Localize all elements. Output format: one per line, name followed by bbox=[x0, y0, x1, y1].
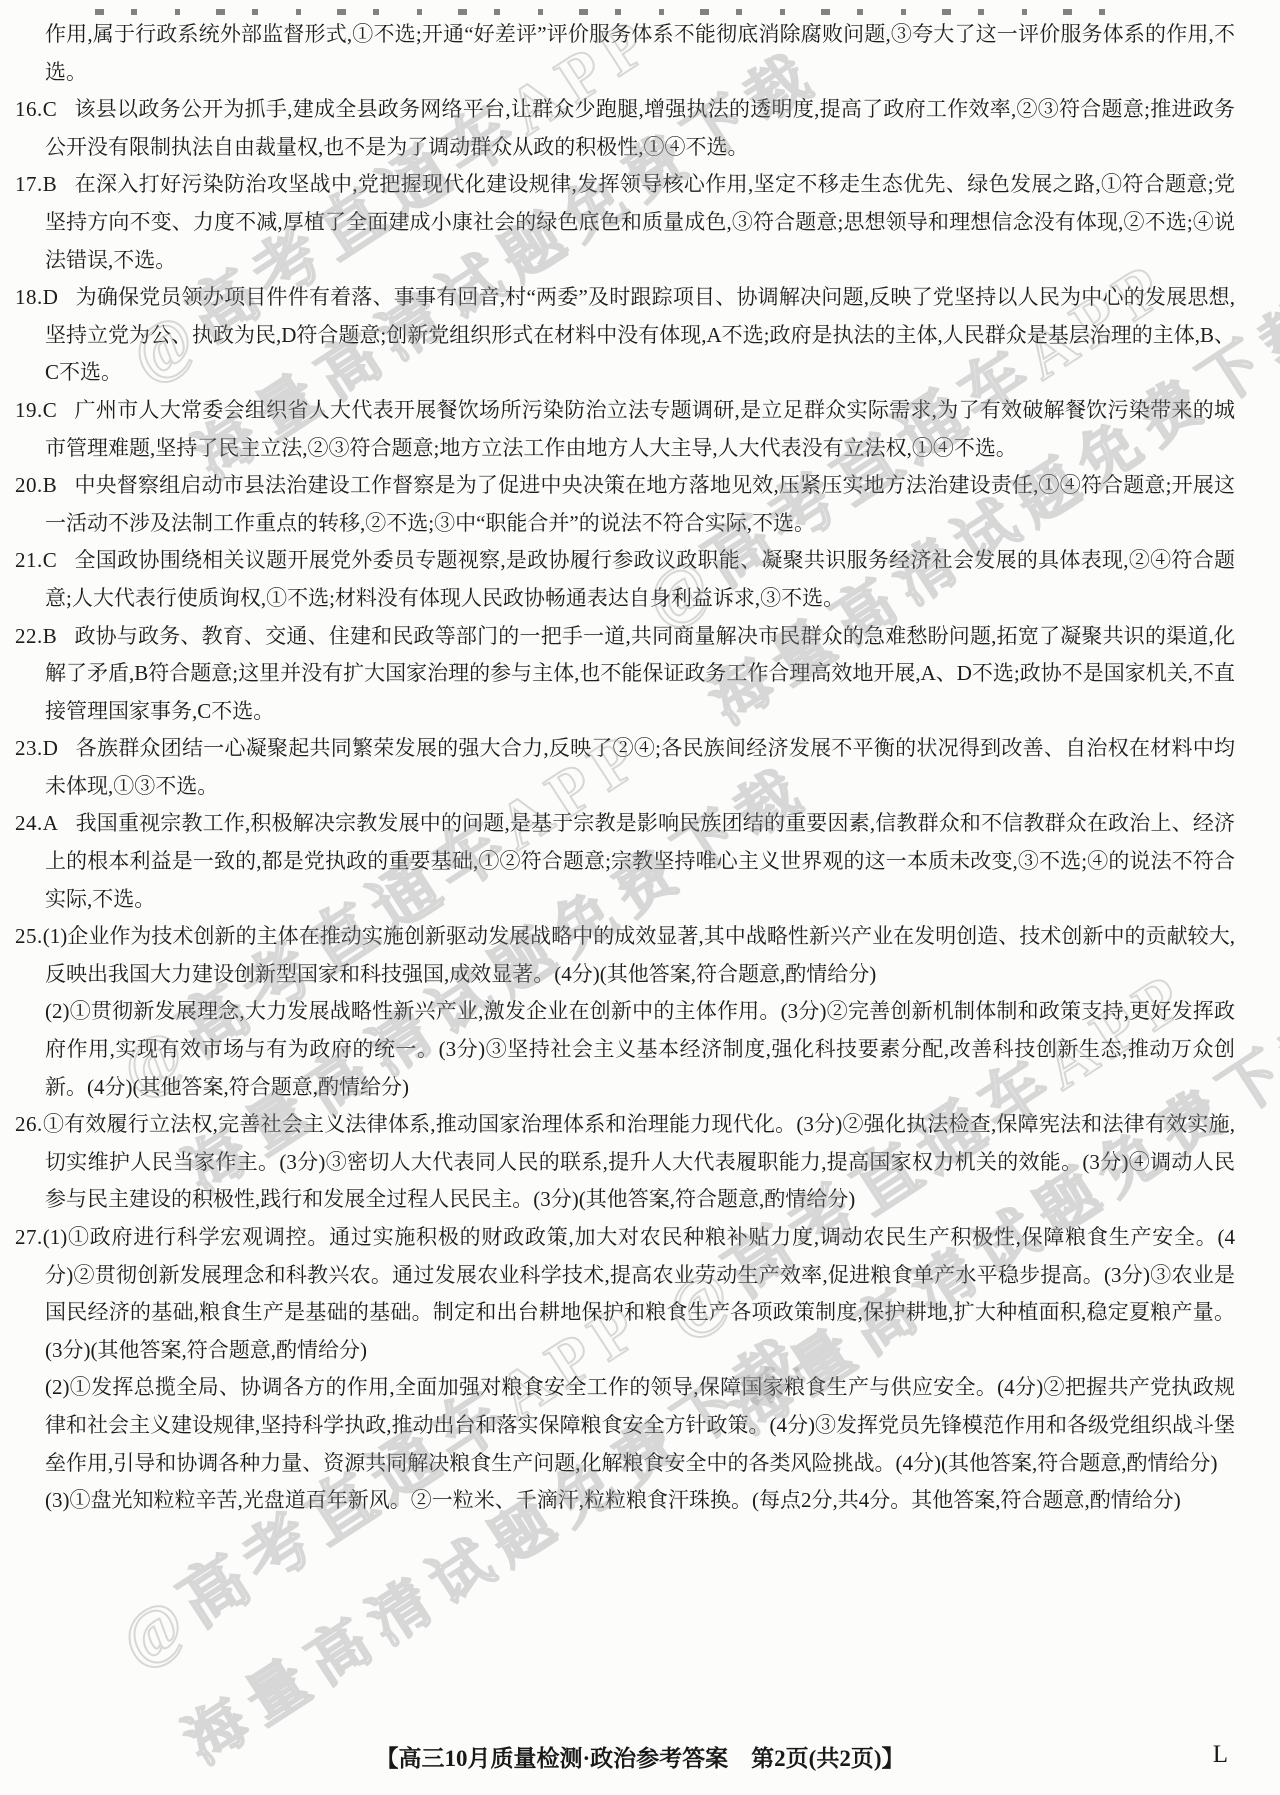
answer-paragraph: 25.(1)企业作为技术创新的主体在推动实施创新驱动发展战略中的成效显著,其中战… bbox=[45, 918, 1235, 993]
answer-number: 25. bbox=[15, 924, 43, 948]
answer-text: 作用,属于行政系统外部监督形式,①不选;开通“好差评”评价服务体系不能彻底消除腐… bbox=[45, 22, 1235, 84]
answer-paragraph: 27.(1)①政府进行科学宏观调控。通过实施积极的财政政策,加大对农民种粮补贴力… bbox=[45, 1219, 1235, 1369]
answer-number: 18.D bbox=[15, 285, 58, 309]
footer-title: 【高三10月质量检测·政治参考答案 第2页(共2页)】 bbox=[0, 1740, 1280, 1773]
answer-paragraph: 18.D为确保党员领办项目件件有着落、事事有回音,村“两委”及时跟踪项目、协调解… bbox=[45, 279, 1235, 392]
answer-text: 该县以政务公开为抓手,建成全县政务网络平台,让群众少跑腿,增强执法的透明度,提高… bbox=[45, 97, 1235, 159]
answer-text: 政协与政务、教育、交通、住建和民政等部门的一把手一道,共同商量解决市民群众的急难… bbox=[45, 624, 1235, 723]
answer-number: 17.B bbox=[15, 172, 57, 196]
answer-paragraph: 22.B政协与政务、教育、交通、住建和民政等部门的一把手一道,共同商量解决市民群… bbox=[45, 618, 1235, 731]
answer-text: (3)①盘光知粒粒辛苦,光盘道百年新风。②一粒米、千滴汗,粒粒粮食汗珠换。(每点… bbox=[45, 1488, 1181, 1512]
answer-text: 中央督察组启动市县法治建设工作督察是为了促进中央决策在地方落地见效,压紧压实地方… bbox=[45, 473, 1235, 535]
answer-paragraph: 24.A我国重视宗教工作,积极解决宗教发展中的问题,是基于宗教是影响民族团结的重… bbox=[45, 805, 1235, 918]
answer-number: 27. bbox=[15, 1225, 43, 1249]
answer-text: 广州市人大常委会组织省人大代表开展餐饮场所污染防治立法专题调研,是立足群众实际需… bbox=[45, 398, 1235, 460]
answer-paragraph: (2)①发挥总揽全局、协调各方的作用,全面加强对粮食安全工作的领导,保障国家粮食… bbox=[45, 1369, 1235, 1482]
answer-paragraph: 19.C广州市人大常委会组织省人大代表开展餐饮场所污染防治立法专题调研,是立足群… bbox=[45, 392, 1235, 467]
answer-number: 23.D bbox=[15, 736, 58, 760]
answer-paragraph: (2)①贯彻新发展理念,大力发展战略性新兴产业,激发企业在创新中的主体作用。(3… bbox=[45, 993, 1235, 1106]
scan-artifact-row bbox=[95, 9, 1110, 15]
answer-text: 全国政协围绕相关议题开展党外委员专题视察,是政协履行参政议政职能、凝聚共识服务经… bbox=[45, 548, 1235, 610]
answer-paragraph: 作用,属于行政系统外部监督形式,①不选;开通“好差评”评价服务体系不能彻底消除腐… bbox=[45, 16, 1235, 91]
answer-paragraph: 20.B中央督察组启动市县法治建设工作督察是为了促进中央决策在地方落地见效,压紧… bbox=[45, 467, 1235, 542]
answer-paragraph: 17.B在深入打好污染防治攻坚战中,党把握现代化建设规律,发挥领导核心作用,坚定… bbox=[45, 166, 1235, 279]
answer-number: 20.B bbox=[15, 473, 57, 497]
answer-paragraph: 16.C该县以政务公开为抓手,建成全县政务网络平台,让群众少跑腿,增强执法的透明… bbox=[45, 91, 1235, 166]
answer-number: 21.C bbox=[15, 548, 57, 572]
answer-paragraph: (3)①盘光知粒粒辛苦,光盘道百年新风。②一粒米、千滴汗,粒粒粮食汗珠换。(每点… bbox=[45, 1482, 1235, 1520]
answer-text: (2)①贯彻新发展理念,大力发展战略性新兴产业,激发企业在创新中的主体作用。(3… bbox=[45, 999, 1235, 1098]
answer-text: (1)①政府进行科学宏观调控。通过实施积极的财政政策,加大对农民种粮补贴力度,调… bbox=[43, 1225, 1235, 1362]
answer-paragraph: 23.D各族群众团结一心凝聚起共同繁荣发展的强大合力,反映了②④;各民族间经济发… bbox=[45, 730, 1235, 805]
answer-sheet-page: 作用,属于行政系统外部监督形式,①不选;开通“好差评”评价服务体系不能彻底消除腐… bbox=[0, 0, 1280, 1795]
answer-text: ①有效履行立法权,完善社会主义法律体系,推动国家治理体系和治理能力现代化。(3分… bbox=[43, 1112, 1235, 1211]
answer-number: 16.C bbox=[15, 97, 57, 121]
answer-number: 26. bbox=[15, 1112, 43, 1136]
answer-text: 各族群众团结一心凝聚起共同繁荣发展的强大合力,反映了②④;各民族间经济发展不平衡… bbox=[45, 736, 1235, 798]
answers-section: 作用,属于行政系统外部监督形式,①不选;开通“好差评”评价服务体系不能彻底消除腐… bbox=[45, 16, 1235, 1520]
answer-text: (1)企业作为技术创新的主体在推动实施创新驱动发展战略中的成效显著,其中战略性新… bbox=[43, 924, 1235, 986]
answer-paragraph: 21.C全国政协围绕相关议题开展党外委员专题视察,是政协履行参政议政职能、凝聚共… bbox=[45, 542, 1235, 617]
answer-paragraph: 26.①有效履行立法权,完善社会主义法律体系,推动国家治理体系和治理能力现代化。… bbox=[45, 1106, 1235, 1219]
answer-number: 19.C bbox=[15, 398, 57, 422]
answer-text: 我国重视宗教工作,积极解决宗教发展中的问题,是基于宗教是影响民族团结的重要因素,… bbox=[45, 811, 1235, 910]
answer-number: 24.A bbox=[15, 811, 58, 835]
answer-text: 为确保党员领办项目件件有着落、事事有回音,村“两委”及时跟踪项目、协调解决问题,… bbox=[45, 285, 1235, 384]
answer-text: 在深入打好污染防治攻坚战中,党把握现代化建设规律,发挥领导核心作用,坚定不移走生… bbox=[45, 172, 1235, 271]
answer-number: 22.B bbox=[15, 624, 57, 648]
answer-text: (2)①发挥总揽全局、协调各方的作用,全面加强对粮食安全工作的领导,保障国家粮食… bbox=[45, 1375, 1235, 1474]
page-corner-mark: L bbox=[1213, 1741, 1228, 1769]
